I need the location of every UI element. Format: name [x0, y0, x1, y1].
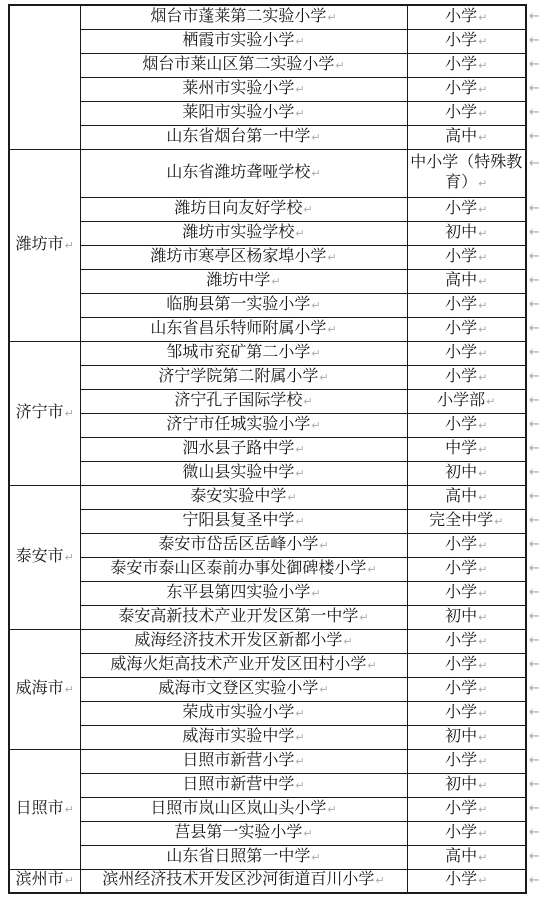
school-name-cell: 潍坊中学↵ [80, 269, 407, 293]
school-type-cell: 小学↵ [407, 5, 526, 29]
row-end-mark-icon: ← [529, 274, 540, 288]
school-name-cell-label: 威海火炬高技术产业开发区田村小学 [110, 656, 366, 673]
table-row: 潍坊市实验学校↵初中↵ [9, 221, 526, 245]
school-name-cell-label: 烟台市蓬莱第二实验小学 [150, 8, 326, 25]
school-name-cell: 泰安实验中学↵ [80, 485, 407, 509]
city-cell: 威海市↵ [9, 629, 80, 749]
table-row: 烟台市蓬莱第二实验小学↵小学↵ [9, 5, 526, 29]
paragraph-mark-icon: ↵ [478, 227, 487, 240]
school-name-cell-label: 宁阳县复圣中学 [182, 512, 294, 529]
table-row: 济宁市↵邹城市兖矿第二小学↵小学↵ [9, 341, 526, 365]
school-list-table: 烟台市蓬莱第二实验小学↵小学↵栖霞市实验小学↵小学↵烟台市莱山区第二实验小学↵小… [8, 4, 527, 894]
school-name-cell: 滨州经济技术开发区沙河街道百川小学↵ [80, 869, 407, 893]
paragraph-mark-icon: ↵ [319, 539, 328, 552]
table-row: 莒县第一实验小学↵小学↵ [9, 821, 526, 845]
row-end-mark-icon: ← [529, 610, 540, 624]
school-name-cell: 济宁市任城实验小学↵ [80, 413, 407, 437]
school-name-cell: 日照市新营中学↵ [80, 773, 407, 797]
paragraph-mark-icon: ↵ [478, 779, 487, 792]
school-name-cell-label: 泰安实验中学 [190, 488, 286, 505]
school-name-cell-label: 日照市岚山区岚山头小学 [150, 800, 326, 817]
paragraph-mark-icon: ↵ [478, 635, 487, 648]
school-type-cell: 中小学（特殊教育）↵ [407, 149, 526, 197]
school-name-cell-label: 济宁学院第二附属小学 [158, 368, 318, 385]
table-row: 宁阳县复圣中学↵完全中学↵ [9, 509, 526, 533]
row-end-mark-icon: ← [529, 10, 540, 24]
school-name-cell: 邹城市兖矿第二小学↵ [80, 341, 407, 365]
row-end-mark-icon: ← [529, 490, 540, 504]
row-end-mark-icon: ← [529, 754, 540, 768]
school-type-cell-label: 高中 [445, 488, 477, 505]
school-type-cell-label: 小学 [445, 200, 477, 217]
city-cell [9, 5, 80, 149]
paragraph-mark-icon: ↵ [65, 407, 74, 420]
school-type-cell-label: 初中 [445, 464, 477, 481]
school-name-cell-label: 山东省潍坊聋哑学校 [166, 164, 310, 181]
row-end-mark-icon: ← [529, 106, 540, 120]
school-type-cell-label: 高中 [445, 848, 477, 865]
row-end-mark-icon: ← [529, 586, 540, 600]
paragraph-mark-icon: ↵ [295, 83, 304, 96]
paragraph-mark-icon: ↵ [367, 563, 376, 576]
school-name-cell: 威海市文登区实验小学↵ [80, 677, 407, 701]
row-end-mark-icon: ← [529, 370, 540, 384]
paragraph-mark-icon: ↵ [486, 395, 495, 408]
school-type-cell: 小学↵ [407, 101, 526, 125]
table-row: 烟台市莱山区第二实验小学↵小学↵ [9, 53, 526, 77]
paragraph-mark-icon: ↵ [327, 803, 336, 816]
row-end-mark-icon: ← [529, 202, 540, 216]
table-row: 济宁学院第二附属小学↵小学↵ [9, 365, 526, 389]
school-type-cell-label: 小学 [445, 416, 477, 433]
paragraph-mark-icon: ↵ [295, 515, 304, 528]
school-type-cell-label: 小学 [445, 344, 477, 361]
school-name-cell-label: 泗水县子路中学 [182, 440, 294, 457]
school-name-cell-label: 潍坊市实验学校 [182, 224, 294, 241]
school-type-cell-label: 小学 [445, 871, 477, 888]
school-name-cell-label: 潍坊中学 [206, 272, 270, 289]
paragraph-mark-icon: ↵ [295, 707, 304, 720]
school-name-cell: 日照市新营小学↵ [80, 749, 407, 773]
paragraph-mark-icon: ↵ [295, 731, 304, 744]
school-name-cell-label: 泰安高新技术产业开发区第一中学 [118, 608, 358, 625]
school-list-table-body: 烟台市蓬莱第二实验小学↵小学↵栖霞市实验小学↵小学↵烟台市莱山区第二实验小学↵小… [9, 5, 526, 893]
school-type-cell: 高中↵ [407, 125, 526, 149]
school-type-cell-label: 小学 [445, 824, 477, 841]
school-type-cell-label: 小学 [445, 800, 477, 817]
paragraph-mark-icon: ↵ [271, 275, 280, 288]
school-name-cell-label: 邹城市兖矿第二小学 [166, 344, 310, 361]
school-type-cell: 小学↵ [407, 701, 526, 725]
row-end-mark-icon: ← [529, 58, 540, 72]
school-name-cell-label: 山东省烟台第一中学 [166, 128, 310, 145]
paragraph-mark-icon: ↵ [478, 731, 487, 744]
paragraph-mark-icon: ↵ [478, 874, 487, 887]
row-end-mark-icon: ← [529, 874, 540, 888]
paragraph-mark-icon: ↵ [287, 491, 296, 504]
school-name-cell: 微山县实验中学↵ [80, 461, 407, 485]
table-row: 日照市新营中学↵初中↵ [9, 773, 526, 797]
school-type-cell-label: 初中 [445, 608, 477, 625]
school-type-cell: 小学部↵ [407, 389, 526, 413]
table-row: 泰安高新技术产业开发区第一中学↵初中↵ [9, 605, 526, 629]
school-name-cell-label: 栖霞市实验小学 [182, 32, 294, 49]
school-type-cell: 初中↵ [407, 221, 526, 245]
paragraph-mark-icon: ↵ [478, 755, 487, 768]
school-name-cell: 济宁学院第二附属小学↵ [80, 365, 407, 389]
paragraph-mark-icon: ↵ [327, 251, 336, 264]
school-type-cell-label: 小学部 [437, 392, 485, 409]
paragraph-mark-icon: ↵ [295, 779, 304, 792]
school-name-cell-label: 莒县第一实验小学 [174, 824, 302, 841]
city-cell: 滨州市↵ [9, 869, 80, 893]
row-end-mark-icon: ← [529, 850, 540, 864]
paragraph-mark-icon: ↵ [65, 683, 74, 696]
paragraph-mark-icon: ↵ [359, 611, 368, 624]
school-type-cell: 小学↵ [407, 317, 526, 341]
school-name-cell-label: 威海市实验中学 [182, 728, 294, 745]
paragraph-mark-icon: ↵ [295, 107, 304, 120]
school-type-cell: 小学↵ [407, 413, 526, 437]
city-cell: 济宁市↵ [9, 341, 80, 485]
paragraph-mark-icon: ↵ [478, 587, 487, 600]
school-name-cell-label: 济宁市任城实验小学 [166, 416, 310, 433]
row-end-mark-icon: ← [529, 418, 540, 432]
paragraph-mark-icon: ↵ [478, 371, 487, 384]
table-row: 泰安市↵泰安实验中学↵高中↵ [9, 485, 526, 509]
city-cell-label: 滨州市 [16, 871, 64, 888]
row-end-mark-icon: ← [529, 730, 540, 744]
school-type-cell: 小学↵ [407, 629, 526, 653]
row-end-mark-icon: ← [529, 34, 540, 48]
school-name-cell: 潍坊市实验学校↵ [80, 221, 407, 245]
table-row: 威海市↵威海经济技术开发区新都小学↵小学↵ [9, 629, 526, 653]
school-type-cell: 初中↵ [407, 605, 526, 629]
paragraph-mark-icon: ↵ [478, 443, 487, 456]
school-name-cell-label: 莱阳市实验小学 [182, 104, 294, 121]
school-name-cell: 莱阳市实验小学↵ [80, 101, 407, 125]
table-row: 泰安市岱岳区岳峰小学↵小学↵ [9, 533, 526, 557]
school-name-cell: 威海火炬高技术产业开发区田村小学↵ [80, 653, 407, 677]
paragraph-mark-icon: ↵ [478, 177, 487, 190]
school-type-cell: 高中↵ [407, 845, 526, 869]
paragraph-mark-icon: ↵ [295, 227, 304, 240]
school-type-cell: 小学↵ [407, 581, 526, 605]
school-type-cell: 小学↵ [407, 53, 526, 77]
paragraph-mark-icon: ↵ [311, 419, 320, 432]
school-type-cell-label: 小学 [445, 680, 477, 697]
paragraph-mark-icon: ↵ [65, 551, 74, 564]
table-row: 山东省烟台第一中学↵高中↵ [9, 125, 526, 149]
table-row: 威海市实验中学↵初中↵ [9, 725, 526, 749]
school-name-cell: 济宁孔子国际学校↵ [80, 389, 407, 413]
paragraph-mark-icon: ↵ [311, 299, 320, 312]
paragraph-mark-icon: ↵ [295, 467, 304, 480]
school-name-cell-label: 济宁孔子国际学校 [174, 392, 302, 409]
table-row: 泰安市泰山区泰前办事处御碑楼小学↵小学↵ [9, 557, 526, 581]
school-type-cell: 小学↵ [407, 245, 526, 269]
paragraph-mark-icon: ↵ [478, 563, 487, 576]
school-type-cell-label: 小学 [445, 104, 477, 121]
paragraph-mark-icon: ↵ [478, 707, 487, 720]
school-type-cell-label: 小学 [445, 536, 477, 553]
school-name-cell-label: 山东省日照第一中学 [166, 848, 310, 865]
paragraph-mark-icon: ↵ [303, 203, 312, 216]
school-type-cell-label: 中小学（特殊教育） [410, 154, 522, 191]
paragraph-mark-icon: ↵ [295, 443, 304, 456]
paragraph-mark-icon: ↵ [65, 239, 74, 252]
paragraph-mark-icon: ↵ [311, 851, 320, 864]
row-end-mark-icon: ← [529, 130, 540, 144]
row-end-mark-icon: ← [529, 394, 540, 408]
paragraph-mark-icon: ↵ [478, 491, 487, 504]
paragraph-mark-icon: ↵ [478, 83, 487, 96]
paragraph-mark-icon: ↵ [327, 11, 336, 24]
row-end-mark-icon: ← [529, 658, 540, 672]
school-name-cell-label: 莱州市实验小学 [182, 80, 294, 97]
paragraph-mark-icon: ↵ [303, 827, 312, 840]
paragraph-mark-icon: ↵ [311, 587, 320, 600]
table-row: 莱州市实验小学↵小学↵ [9, 77, 526, 101]
paragraph-mark-icon: ↵ [478, 683, 487, 696]
paragraph-mark-icon: ↵ [478, 827, 487, 840]
row-end-mark-icon: ← [529, 226, 540, 240]
paragraph-mark-icon: ↵ [319, 371, 328, 384]
table-row: 潍坊市↵山东省潍坊聋哑学校↵中小学（特殊教育）↵ [9, 149, 526, 197]
row-end-mark-icon: ← [529, 298, 540, 312]
school-name-cell: 泰安市泰山区泰前办事处御碑楼小学↵ [80, 557, 407, 581]
school-type-cell: 小学↵ [407, 77, 526, 101]
table-row: 潍坊日向友好学校↵小学↵ [9, 197, 526, 221]
row-end-mark-icon: ← [529, 250, 540, 264]
paragraph-mark-icon: ↵ [343, 635, 352, 648]
paragraph-mark-icon: ↵ [478, 467, 487, 480]
paragraph-mark-icon: ↵ [311, 167, 320, 180]
paragraph-mark-icon: ↵ [65, 874, 74, 887]
paragraph-mark-icon: ↵ [295, 35, 304, 48]
row-end-mark-icon: ← [529, 562, 540, 576]
school-type-cell-label: 高中 [445, 272, 477, 289]
school-type-cell: 小学↵ [407, 557, 526, 581]
row-end-mark-icon: ← [529, 514, 540, 528]
school-name-cell-label: 威海市文登区实验小学 [158, 680, 318, 697]
school-type-cell-label: 小学 [445, 560, 477, 577]
paragraph-mark-icon: ↵ [303, 395, 312, 408]
row-end-mark-icon: ← [529, 82, 540, 96]
school-name-cell: 日照市岚山区岚山头小学↵ [80, 797, 407, 821]
school-type-cell: 初中↵ [407, 773, 526, 797]
paragraph-mark-icon: ↵ [367, 659, 376, 672]
table-row: 泗水县子路中学↵中学↵ [9, 437, 526, 461]
school-type-cell-label: 小学 [445, 80, 477, 97]
table-row: 潍坊中学↵高中↵ [9, 269, 526, 293]
school-name-cell-label: 滨州经济技术开发区沙河街道百川小学 [102, 871, 374, 888]
school-type-cell: 小学↵ [407, 29, 526, 53]
school-name-cell-label: 日照市新营小学 [182, 752, 294, 769]
school-name-cell: 山东省昌乐特师附属小学↵ [80, 317, 407, 341]
row-end-mark-icon: ← [529, 634, 540, 648]
school-type-cell-label: 小学 [445, 296, 477, 313]
school-name-cell-label: 荣成市实验小学 [182, 704, 294, 721]
table-row: 荣成市实验小学↵小学↵ [9, 701, 526, 725]
table-row: 东平县第四实验小学↵小学↵ [9, 581, 526, 605]
school-type-cell-label: 小学 [445, 8, 477, 25]
school-name-cell-label: 东平县第四实验小学 [166, 584, 310, 601]
school-type-cell-label: 小学 [445, 248, 477, 265]
school-name-cell-label: 微山县实验中学 [182, 464, 294, 481]
school-name-cell: 潍坊市寒亭区杨家埠小学↵ [80, 245, 407, 269]
school-type-cell-label: 小学 [445, 56, 477, 73]
table-row: 日照市↵日照市新营小学↵小学↵ [9, 749, 526, 773]
paragraph-mark-icon: ↵ [494, 515, 503, 528]
city-cell: 泰安市↵ [9, 485, 80, 629]
table-row: 莱阳市实验小学↵小学↵ [9, 101, 526, 125]
paragraph-mark-icon: ↵ [65, 803, 74, 816]
school-name-cell: 临朐县第一实验小学↵ [80, 293, 407, 317]
paragraph-mark-icon: ↵ [478, 323, 487, 336]
school-name-cell: 泗水县子路中学↵ [80, 437, 407, 461]
paragraph-mark-icon: ↵ [327, 323, 336, 336]
table-row: 山东省昌乐特师附属小学↵小学↵ [9, 317, 526, 341]
row-end-mark-icon: ← [529, 802, 540, 816]
school-type-cell: 小学↵ [407, 533, 526, 557]
school-name-cell: 山东省烟台第一中学↵ [80, 125, 407, 149]
city-cell-label: 潍坊市 [16, 236, 64, 253]
school-name-cell-label: 日照市新营中学 [182, 776, 294, 793]
school-name-cell: 宁阳县复圣中学↵ [80, 509, 407, 533]
school-name-cell: 东平县第四实验小学↵ [80, 581, 407, 605]
paragraph-mark-icon: ↵ [478, 107, 487, 120]
table-row: 滨州市↵滨州经济技术开发区沙河街道百川小学↵小学↵ [9, 869, 526, 893]
school-type-cell: 小学↵ [407, 293, 526, 317]
table-row: 微山县实验中学↵初中↵ [9, 461, 526, 485]
paragraph-mark-icon: ↵ [478, 659, 487, 672]
paragraph-mark-icon: ↵ [478, 851, 487, 864]
school-type-cell-label: 高中 [445, 128, 477, 145]
paragraph-mark-icon: ↵ [478, 275, 487, 288]
school-type-cell: 小学↵ [407, 341, 526, 365]
school-type-cell-label: 初中 [445, 224, 477, 241]
paragraph-mark-icon: ↵ [311, 131, 320, 144]
paragraph-mark-icon: ↵ [478, 131, 487, 144]
school-type-cell-label: 初中 [445, 776, 477, 793]
school-type-cell: 小学↵ [407, 677, 526, 701]
school-type-cell-label: 初中 [445, 728, 477, 745]
row-end-mark-icon: ← [529, 682, 540, 696]
row-end-mark-icon: ← [529, 442, 540, 456]
school-name-cell: 泰安市岱岳区岳峰小学↵ [80, 533, 407, 557]
school-name-cell: 威海市实验中学↵ [80, 725, 407, 749]
school-type-cell: 高中↵ [407, 485, 526, 509]
city-cell-label: 泰安市 [16, 548, 64, 565]
paragraph-mark-icon: ↵ [478, 299, 487, 312]
school-name-cell: 山东省潍坊聋哑学校↵ [80, 149, 407, 197]
school-type-cell-label: 小学 [445, 584, 477, 601]
school-type-cell: 小学↵ [407, 869, 526, 893]
paragraph-mark-icon: ↵ [478, 59, 487, 72]
school-type-cell: 小学↵ [407, 821, 526, 845]
school-name-cell: 荣成市实验小学↵ [80, 701, 407, 725]
table-row: 威海火炬高技术产业开发区田村小学↵小学↵ [9, 653, 526, 677]
school-name-cell: 威海经济技术开发区新都小学↵ [80, 629, 407, 653]
school-type-cell-label: 小学 [445, 320, 477, 337]
paragraph-mark-icon: ↵ [295, 755, 304, 768]
school-name-cell-label: 烟台市莱山区第二实验小学 [142, 56, 334, 73]
school-name-cell: 栖霞市实验小学↵ [80, 29, 407, 53]
table-row: 潍坊市寒亭区杨家埠小学↵小学↵ [9, 245, 526, 269]
row-end-mark-icon: ← [529, 538, 540, 552]
school-type-cell: 完全中学↵ [407, 509, 526, 533]
paragraph-mark-icon: ↵ [335, 59, 344, 72]
paragraph-mark-icon: ↵ [478, 611, 487, 624]
school-type-cell: 中学↵ [407, 437, 526, 461]
paragraph-mark-icon: ↵ [478, 539, 487, 552]
row-end-mark-icon: ← [529, 706, 540, 720]
school-type-cell-label: 小学 [445, 704, 477, 721]
document-page: 烟台市蓬莱第二实验小学↵小学↵栖霞市实验小学↵小学↵烟台市莱山区第二实验小学↵小… [0, 0, 544, 906]
paragraph-mark-icon: ↵ [319, 683, 328, 696]
paragraph-mark-icon: ↵ [311, 347, 320, 360]
paragraph-mark-icon: ↵ [478, 203, 487, 216]
school-type-cell: 小学↵ [407, 365, 526, 389]
school-name-cell-label: 山东省昌乐特师附属小学 [150, 320, 326, 337]
table-row: 山东省日照第一中学↵高中↵ [9, 845, 526, 869]
school-type-cell: 小学↵ [407, 749, 526, 773]
row-end-mark-icon: ← [529, 157, 540, 171]
school-type-cell: 高中↵ [407, 269, 526, 293]
school-type-cell: 小学↵ [407, 197, 526, 221]
row-end-mark-icon: ← [529, 346, 540, 360]
row-end-mark-icon: ← [529, 826, 540, 840]
table-row: 威海市文登区实验小学↵小学↵ [9, 677, 526, 701]
school-name-cell-label: 潍坊日向友好学校 [174, 200, 302, 217]
school-type-cell: 小学↵ [407, 797, 526, 821]
school-name-cell-label: 临朐县第一实验小学 [166, 296, 310, 313]
school-type-cell: 初中↵ [407, 725, 526, 749]
table-row: 济宁市任城实验小学↵小学↵ [9, 413, 526, 437]
school-name-cell: 潍坊日向友好学校↵ [80, 197, 407, 221]
school-type-cell-label: 小学 [445, 656, 477, 673]
paragraph-mark-icon: ↵ [478, 347, 487, 360]
row-end-mark-icon: ← [529, 322, 540, 336]
school-type-cell: 小学↵ [407, 653, 526, 677]
school-name-cell: 山东省日照第一中学↵ [80, 845, 407, 869]
row-end-mark-icon: ← [529, 778, 540, 792]
table-row: 栖霞市实验小学↵小学↵ [9, 29, 526, 53]
school-type-cell-label: 小学 [445, 32, 477, 49]
row-end-mark-icon: ← [529, 466, 540, 480]
school-name-cell-label: 泰安市泰山区泰前办事处御碑楼小学 [110, 560, 366, 577]
school-name-cell: 烟台市莱山区第二实验小学↵ [80, 53, 407, 77]
table-row: 济宁孔子国际学校↵小学部↵ [9, 389, 526, 413]
school-name-cell-label: 泰安市岱岳区岳峰小学 [158, 536, 318, 553]
city-cell-label: 日照市 [16, 800, 64, 817]
paragraph-mark-icon: ↵ [478, 35, 487, 48]
school-name-cell: 莱州市实验小学↵ [80, 77, 407, 101]
school-name-cell: 泰安高新技术产业开发区第一中学↵ [80, 605, 407, 629]
city-cell-label: 济宁市 [16, 404, 64, 421]
table-row: 临朐县第一实验小学↵小学↵ [9, 293, 526, 317]
school-name-cell-label: 潍坊市寒亭区杨家埠小学 [150, 248, 326, 265]
paragraph-mark-icon: ↵ [478, 419, 487, 432]
paragraph-mark-icon: ↵ [375, 874, 384, 887]
school-type-cell-label: 中学 [445, 440, 477, 457]
city-cell: 潍坊市↵ [9, 149, 80, 341]
school-name-cell: 烟台市蓬莱第二实验小学↵ [80, 5, 407, 29]
paragraph-mark-icon: ↵ [478, 11, 487, 24]
school-name-cell-label: 威海经济技术开发区新都小学 [134, 632, 342, 649]
city-cell-label: 威海市 [16, 680, 64, 697]
